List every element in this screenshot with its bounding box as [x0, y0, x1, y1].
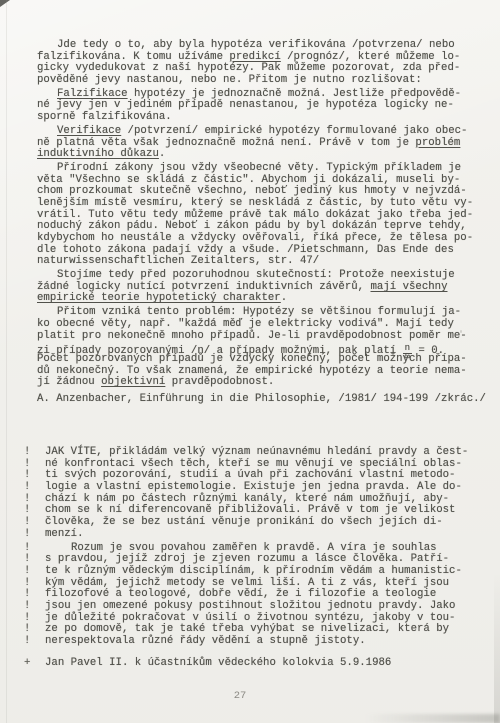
scan-smudge [494, 573, 500, 723]
paragraph: !JAK VÍTE, přikládám velký význam neúnav… [24, 447, 490, 541]
text-segment: chází k nám po částech různými kanály, k… [45, 493, 449, 505]
fraction: n∞ [403, 345, 412, 361]
scan-speck [460, 330, 462, 333]
text-segment: JAK VÍTE, přikládám velký význam neúnavn… [45, 446, 468, 458]
text-segment: menzí. [45, 528, 83, 540]
text-segment: člověka, že se bez ustání věnuje proniká… [45, 516, 443, 528]
underlined-text: predikcí [229, 51, 280, 63]
margin-emphasis-mark: ! [24, 482, 45, 494]
text-line: jí žádnou objektivní pravděpodobnost. [37, 377, 487, 389]
text-segment: ti svých pozorování, studií a úvah při z… [45, 469, 455, 481]
text-line: empirické teorie hypotetický charakter. [37, 293, 487, 305]
text-segment: noduchý zákon pádu. Neboť i zákon pádu b… [37, 220, 467, 232]
document-page: Jde tedy o to, aby byla hypotéza verifik… [0, 0, 500, 723]
text-segment: . [281, 292, 287, 304]
text-line: naturwissenschaftlichen Zeitalters, str.… [37, 256, 487, 268]
underlined-text: Verifikace [57, 125, 121, 137]
excerpt-paragraphs: Jde tedy o to, aby byla hypotéza verifik… [37, 40, 487, 389]
underlined-text: empirické teorie hypotetický charakter [37, 292, 281, 304]
text-segment: vrátil. Tuto větu tedy můžeme právě tak … [37, 209, 473, 221]
text-segment: /prognóz/, které můžeme lo- [281, 51, 461, 63]
quote-attribution: Jan Pavel II. k účastníkům vědeckého kol… [45, 658, 391, 670]
text-line: !člověka, že se bez ustání věnuje pronik… [24, 517, 490, 529]
scan-corner-artifact [0, 0, 10, 7]
text-segment: ně platná věta však jednoznačně možná ne… [37, 137, 415, 149]
paragraph: Jde tedy o to, aby byla hypotéza verifik… [37, 40, 487, 87]
margin-emphasis-mark: ! [24, 566, 45, 578]
line-text: menzí. [45, 529, 83, 541]
underlined-text: mají všechny [371, 281, 448, 293]
text-segment: gicky vydedukovat z naší hypotézy. Pak m… [37, 62, 460, 74]
quote-attribution-row: + Jan Pavel II. k účastníkům vědeckého k… [24, 658, 490, 670]
underlined-text: problém [415, 137, 460, 149]
text-segment: pověděné jevy nastanou, nebo ne. Přitom … [37, 74, 422, 86]
text-segment: věta "Všechno se skládá z částic". Abych… [37, 174, 460, 186]
scan-speck [90, 250, 92, 252]
underlined-text: induktivního důkazu [37, 148, 159, 160]
text-segment: naturwissenschaftlichen Zeitalters, str.… [37, 255, 319, 267]
quote-text-block: !JAK VÍTE, přikládám velký význam neúnav… [24, 447, 490, 669]
text-segment: kým vědám, jejichž metody se velmi liší.… [45, 577, 449, 589]
text-segment: platit pro nekonečně mnoho případů. Je-l… [37, 330, 467, 342]
text-line: pověděné jevy nastanou, nebo ne. Přitom … [37, 75, 487, 87]
text-line: !menzí. [24, 529, 490, 541]
text-segment: Jde tedy o to, aby byla hypotéza verifik… [57, 39, 455, 51]
text-segment: Rozum je svou povahou zaměřen k pravdě. … [71, 542, 437, 554]
margin-emphasis-mark: + [24, 658, 45, 670]
text-segment: filozofové a teologové, dobře vědí, že i… [45, 588, 436, 600]
scan-speck [268, 78, 271, 80]
text-segment: jsou jen omezené pokusy postihnout složi… [45, 600, 455, 612]
excerpt-text-block: Jde tedy o to, aby byla hypotéza verifik… [37, 40, 487, 406]
underlined-text: Falzifikace [57, 88, 128, 100]
text-segment: pravděpodobnost. [165, 376, 274, 388]
text-segment: dů nekonečný. To však znamená, že empiri… [37, 365, 467, 377]
text-segment: né konfrontaci všech těch, kteří se mu v… [45, 458, 462, 470]
text-segment: lenějším místě vesmíru, který se nesklád… [37, 197, 473, 209]
text-segment: kdybychom ho neustále a vždycky ověřoval… [37, 232, 473, 244]
text-segment: Přitom vzniká tento problém: Hypotézy se… [57, 306, 461, 318]
paragraph: Přírodní zákony jsou vždy všeobecné věty… [37, 163, 487, 268]
text-segment: ze po domově, tak je také třeba vyhýbat … [45, 623, 449, 635]
text-segment: Stojíme tedy před pozoruhodnou skutečnos… [57, 269, 455, 281]
underlined-text: objektivní [101, 376, 165, 388]
excerpt-source-citation: A. Anzenbacher, Einführung in die Philos… [37, 394, 487, 406]
line-text: člověka, že se bez ustání věnuje proniká… [45, 517, 443, 529]
text-segment: dle tohoto zákona padají vždy a všude. /… [37, 244, 454, 256]
text-segment: né jevy jen v jediném případě nenastanou… [37, 99, 454, 111]
text-line: platit pro nekonečně mnoho případů. Je-l… [37, 331, 487, 343]
margin-emphasis-mark: ! [24, 601, 45, 613]
text-line: sporně falzifikována. [37, 112, 487, 124]
text-line: !nerespektovala různé řády vědění a stup… [24, 636, 490, 648]
text-segment: chom se k ní diferencovaně přibližovali.… [45, 504, 455, 516]
margin-emphasis-mark: ! [24, 636, 45, 648]
text-segment: nerespektovala různé řády vědění a stupn… [45, 635, 366, 647]
text-segment: Přírodní zákony jsou vždy všeobecné věty… [57, 162, 461, 174]
margin-emphasis-mark: ! [24, 529, 45, 541]
paragraph: Falzifikace hypotézy je jednoznačně možn… [37, 89, 487, 124]
text-segment: je důležité pokračovat v úsilí o životno… [45, 612, 455, 624]
scan-smudge [365, 714, 500, 723]
text-segment: jí žádnou [37, 376, 101, 388]
text-line: induktivního důkazu. [37, 149, 487, 161]
quote-paragraphs: !JAK VÍTE, přikládám velký význam neúnav… [24, 447, 490, 648]
text-segment: žádné logicky nutící potvrzení induktivn… [37, 281, 371, 293]
text-segment: . [159, 148, 165, 160]
margin-emphasis-mark: ! [24, 447, 45, 459]
text-segment: sporně falzifikována. [37, 111, 172, 123]
text-segment: /potvrzení/ empirické hypotézy formulova… [121, 125, 467, 137]
paragraph: Přitom vzniká tento problém: Hypotézy se… [37, 307, 487, 389]
paragraph: Verifikace /potvrzení/ empirické hypotéz… [37, 126, 487, 161]
text-segment: logie a vlastní epistemologie. Existuje … [45, 481, 462, 493]
scan-edge-line [6, 0, 7, 723]
page-number: 27 [0, 690, 480, 702]
text-segment: te k různým vědeckým disciplínám, k přír… [45, 565, 462, 577]
text-segment: chom prozkoumat skutečně všechno, neboť … [37, 185, 467, 197]
paragraph: !Rozum je svou povahou zaměřen k pravdě.… [24, 543, 490, 648]
text-segment: hypotézy je jednoznačně možná. Jestliže … [128, 88, 462, 100]
text-segment: ko obecné věty, např. "každá měď je elek… [37, 318, 454, 330]
line-text: nerespektovala různé řády vědění a stupn… [45, 636, 366, 648]
text-segment: falzifikována. K tomu užíváme [37, 51, 229, 63]
text-segment: s pravdou, jejíž zdroj je zjeven rozumu … [45, 553, 449, 565]
paragraph: Stojíme tedy před pozoruhodnou skutečnos… [37, 270, 487, 305]
